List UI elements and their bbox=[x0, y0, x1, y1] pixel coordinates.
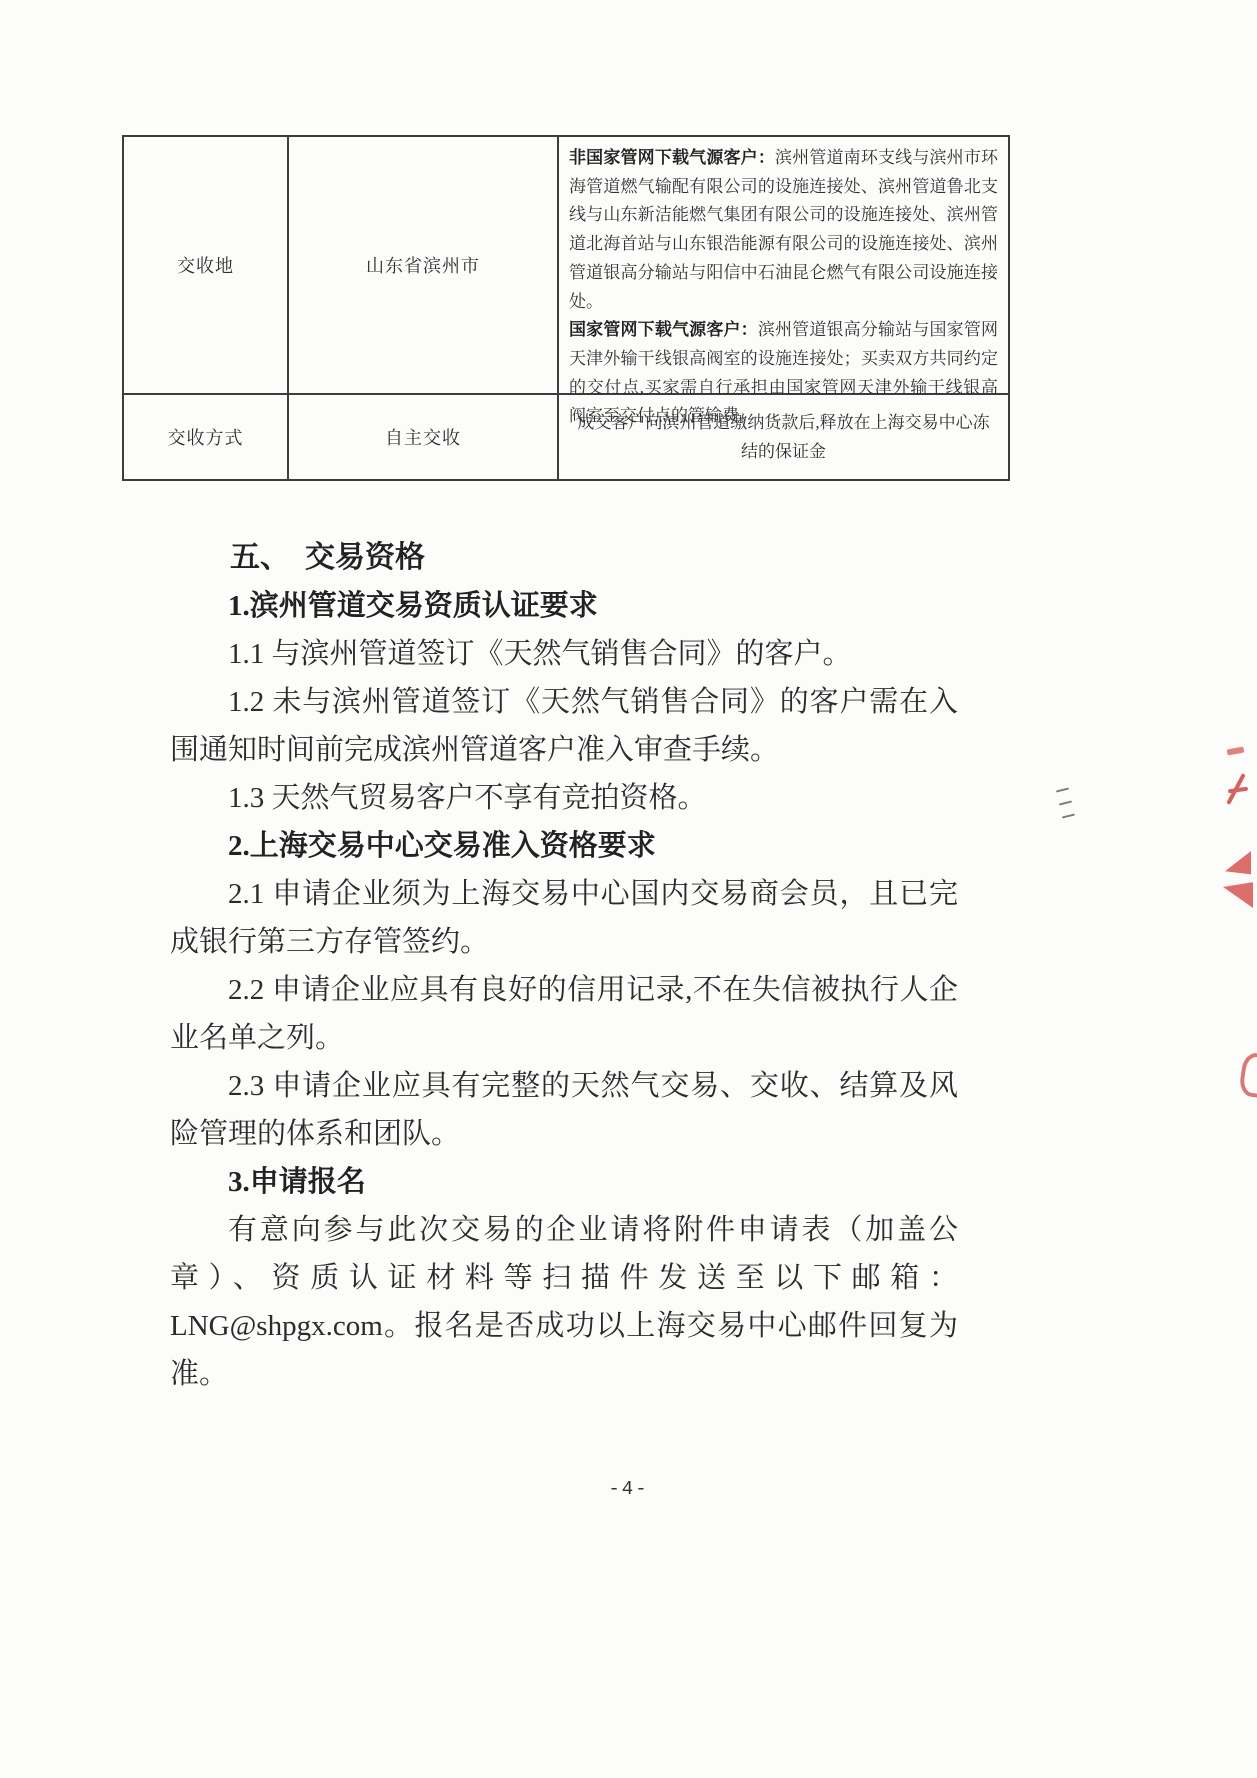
cell-delivery-method-label: 交收方式 bbox=[124, 395, 289, 479]
pencil-tick-mark bbox=[1056, 787, 1069, 792]
page-number: -4- bbox=[0, 1478, 1257, 1500]
red-ink-mark-dash bbox=[1227, 747, 1245, 756]
detail-paragraph-non-national-grid: 非国家管网下载气源客户：滨州管道南环支线与滨州市环海管道燃气输配有限公司的设施连… bbox=[569, 144, 998, 316]
red-ink-mark-partial-glyph bbox=[1224, 772, 1250, 808]
red-ink-mark-page-edge bbox=[1238, 1051, 1257, 1098]
pencil-tick-mark bbox=[1059, 800, 1072, 805]
clause-1-2: 1.2 未与滨州管道签订《天然气销售合同》的客户需在入围通知时间前完成滨州管道客… bbox=[170, 678, 958, 774]
section-5-body: 五、 交易资格 1.滨州管道交易资质认证要求 1.1 与滨州管道签订《天然气销售… bbox=[170, 534, 958, 1398]
red-ink-mark-triangle-lower bbox=[1223, 881, 1253, 908]
table-row: 交收地 山东省滨州市 非国家管网下载气源客户：滨州管道南环支线与滨州市环海管道燃… bbox=[124, 137, 1008, 395]
clause-2-3: 2.3 申请企业应具有完整的天然气交易、交收、结算及风险管理的体系和团队。 bbox=[170, 1062, 958, 1158]
subsection-1-title: 1.滨州管道交易资质认证要求 bbox=[170, 582, 958, 630]
pencil-tick-mark bbox=[1062, 813, 1075, 818]
subsection-2-title: 2.上海交易中心交易准入资格要求 bbox=[170, 822, 958, 870]
clause-3-1: 有意向参与此次交易的企业请将附件申请表（加盖公章）、资质认证材料等扫描件发送至以… bbox=[170, 1206, 958, 1398]
cell-delivery-place-label: 交收地 bbox=[124, 137, 289, 393]
document-page: 交收地 山东省滨州市 非国家管网下载气源客户：滨州管道南环支线与滨州市环海管道燃… bbox=[0, 0, 1257, 1778]
section-5-heading: 五、 交易资格 bbox=[170, 534, 958, 582]
table-row: 交收方式 自主交收 成交客户向滨州管道缴纳货款后,释放在上海交易中心冻结的保证金 bbox=[124, 395, 1008, 479]
cell-delivery-method-detail: 成交客户向滨州管道缴纳货款后,释放在上海交易中心冻结的保证金 bbox=[559, 395, 1008, 479]
clause-1-1: 1.1 与滨州管道签订《天然气销售合同》的客户。 bbox=[170, 630, 958, 678]
clause-1-3: 1.3 天然气贸易客户不享有竞拍资格。 bbox=[170, 774, 958, 822]
red-ink-mark-triangle-upper bbox=[1225, 851, 1251, 877]
clause-2-2: 2.2 申请企业应具有良好的信用记录,不在失信被执行人企业名单之列。 bbox=[170, 966, 958, 1062]
delivery-terms-table: 交收地 山东省滨州市 非国家管网下载气源客户：滨州管道南环支线与滨州市环海管道燃… bbox=[122, 135, 1010, 481]
cell-delivery-method-value: 自主交收 bbox=[289, 395, 559, 479]
detail-part1-title: 非国家管网下载气源客户： bbox=[569, 148, 775, 167]
cell-delivery-place-value: 山东省滨州市 bbox=[289, 137, 559, 393]
subsection-3-title: 3.申请报名 bbox=[170, 1158, 958, 1206]
clause-2-1: 2.1 申请企业须为上海交易中心国内交易商会员，且已完成银行第三方存管签约。 bbox=[170, 870, 958, 966]
detail-part2-title: 国家管网下载气源客户： bbox=[569, 320, 758, 339]
cell-delivery-place-detail: 非国家管网下载气源客户：滨州管道南环支线与滨州市环海管道燃气输配有限公司的设施连… bbox=[559, 137, 1008, 393]
detail-part1-text: 滨州管道南环支线与滨州市环海管道燃气输配有限公司的设施连接处、滨州管道鲁北支线与… bbox=[569, 148, 998, 311]
